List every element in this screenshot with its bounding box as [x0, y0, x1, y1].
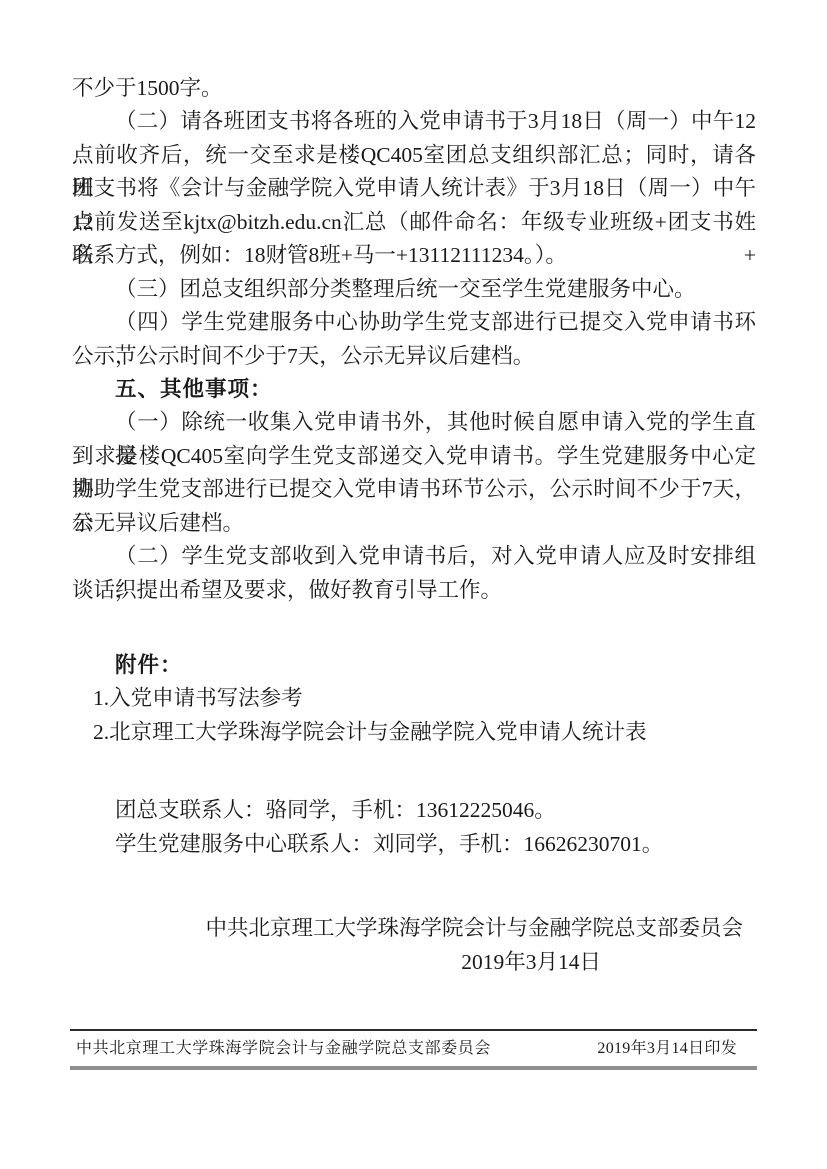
footer-row: 中共北京理工大学珠海学院会计与金融学院总支部委员会 2019年3月14日印发	[70, 1031, 757, 1059]
footer-rule	[70, 1066, 757, 1070]
attachments-section: 附件：1.入党申请书写法参考2.北京理工大学珠海学院会计与金融学院入党申请人统计…	[72, 649, 756, 749]
text-line: 学生党建服务中心联系人：刘同学，手机：16626230701。	[72, 828, 756, 861]
text-line: 五、其他事项：	[72, 373, 756, 406]
text-line: 不少于1500字。	[72, 72, 756, 105]
body-paragraphs: 不少于1500字。（二）请各班团支书将各班的入党申请书于3月18日（周一）中午1…	[72, 72, 756, 607]
signature-committee: 中共北京理工大学珠海学院会计与金融学院总支部委员会	[72, 912, 756, 945]
text-line: 协助学生党支部进行已提交入党申请书环节公示，公示时间不少于7天，公	[72, 473, 756, 506]
text-line: （一）除统一收集入党申请书外，其他时候自愿申请入党的学生直接	[72, 406, 756, 439]
text-line: （二）学生党支部收到入党申请书后，对入党申请人应及时安排组织	[72, 540, 756, 573]
page-footer: 中共北京理工大学珠海学院会计与金融学院总支部委员会 2019年3月14日印发	[70, 1029, 757, 1070]
document-page: 不少于1500字。（二）请各班团支书将各班的入党申请书于3月18日（周一）中午1…	[0, 0, 827, 1169]
signature-date: 2019年3月14日	[72, 946, 756, 979]
footer-print-date: 2019年3月14日印发	[597, 1039, 755, 1059]
text-line: （二）请各班团支书将各班的入党申请书于3月18日（周一）中午12	[72, 105, 756, 138]
text-line: 示无异议后建档。	[72, 507, 756, 540]
text-line: 团支书将《会计与金融学院入党申请人统计表》于3月18日（周一）中午12	[72, 172, 756, 205]
text-line: 2.北京理工大学珠海学院会计与金融学院入党申请人统计表	[72, 716, 756, 749]
footer-issuer: 中共北京理工大学珠海学院会计与金融学院总支部委员会	[76, 1039, 491, 1059]
text-line: 点前发送至kjtx@bitzh.edu.cn汇总（邮件命名：年级专业班级+团支书…	[72, 206, 756, 239]
text-line: 公示，公示时间不少于7天，公示无异议后建档。	[72, 340, 756, 373]
text-line: 谈话，提出希望及要求，做好教育引导工作。	[72, 574, 756, 607]
text-line: 附件：	[72, 649, 756, 682]
text-line: 团总支联系人：骆同学，手机：13612225046。	[72, 794, 756, 827]
text-line: 点前收齐后，统一交至求是楼QC405室团总支组织部汇总；同时，请各班	[72, 139, 756, 172]
document-body: 不少于1500字。（二）请各班团支书将各班的入党申请书于3月18日（周一）中午1…	[72, 72, 756, 979]
contacts-section: 团总支联系人：骆同学，手机：13612225046。学生党建服务中心联系人：刘同…	[72, 794, 756, 861]
signature-block: 中共北京理工大学珠海学院会计与金融学院总支部委员会 2019年3月14日	[72, 912, 756, 979]
text-line: （三）团总支组织部分类整理后统一交至学生党建服务中心。	[72, 273, 756, 306]
text-line: （四）学生党建服务中心协助学生党支部进行已提交入党申请书环节	[72, 306, 756, 339]
text-line: 1.入党申请书写法参考	[72, 682, 756, 715]
text-line: 到求是楼QC405室向学生党支部递交入党申请书。学生党建服务中心定期	[72, 440, 756, 473]
